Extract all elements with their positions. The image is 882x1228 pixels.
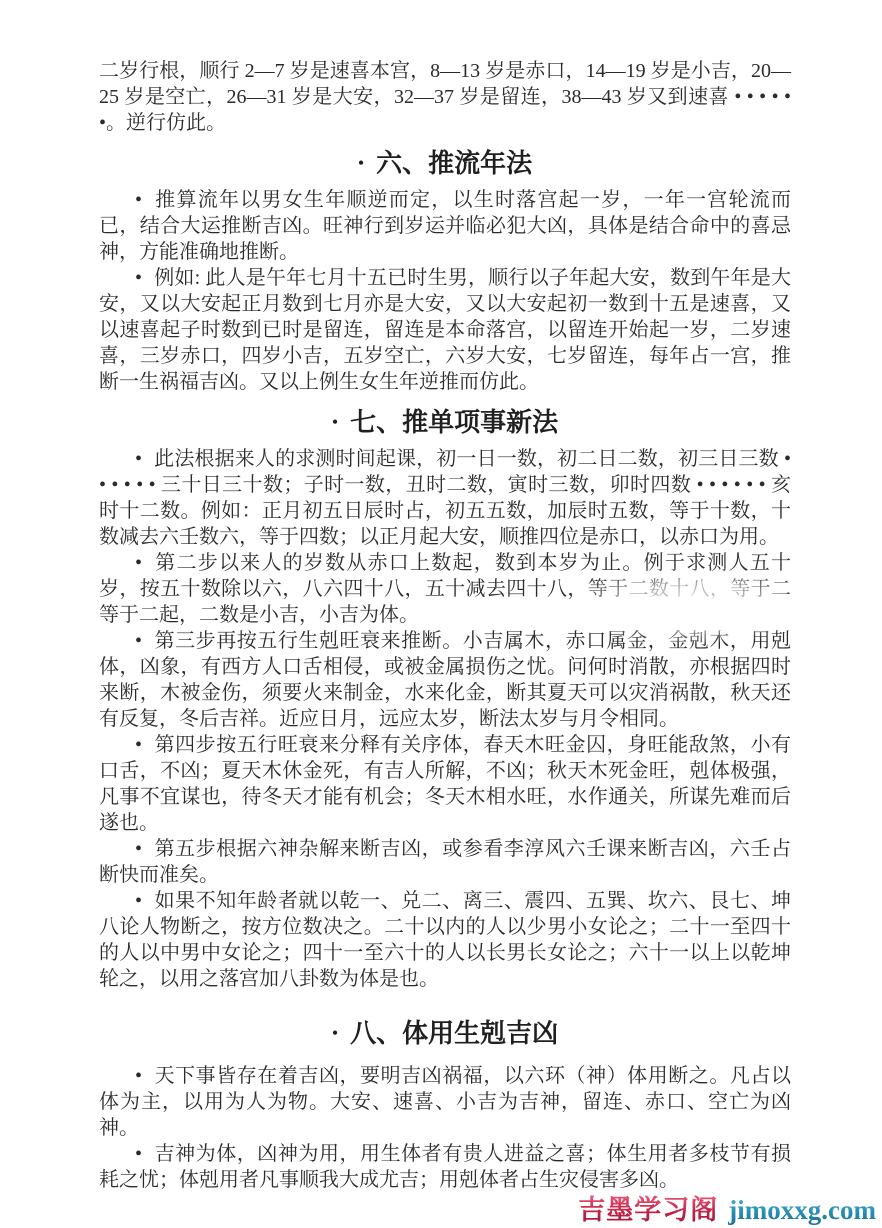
bullet-icon: • — [135, 448, 142, 470]
section-heading-label: 六、推流年法 — [376, 149, 532, 178]
paragraph-text: 第二步以来人的岁数从赤口上数起，数到本岁为止。例于求测人五十岁，按五十数除以六，… — [99, 552, 791, 626]
document-page: 二岁行根，顺行 2—7 岁是速喜本宫，8—13 岁是赤口，14—19 岁是小吉，… — [0, 0, 882, 1228]
section-heading-6: •六、推流年法 — [99, 146, 791, 181]
paragraph-text: 第四步按五行旺衰来分释有关序体，春天木旺金囚，身旺能敌煞，小有口舌，不凶；夏天木… — [99, 734, 791, 834]
bullet-icon: • — [135, 838, 142, 860]
paragraph-text: 天下事皆存在着吉凶，要明吉凶祸福，以六环（神）体用断之。凡占以体为主，以用为人为… — [99, 1065, 791, 1139]
paragraph-text: 例如: 此人是午年七月十五已时生男，顺行以子年起大安，数到午年是大安，又以大安起… — [99, 267, 791, 393]
bullet-icon: • — [332, 1023, 338, 1043]
bullet-icon: • — [358, 153, 364, 173]
bullet-icon: • — [135, 1143, 142, 1165]
paragraph-text: 吉神为体，凶神为用，用生体者有贵人进益之喜；体生用者多枝节有损耗之忧；体剋用者凡… — [99, 1143, 791, 1191]
paragraph: •吉神为体，凶神为用，用生体者有贵人进益之喜；体生用者多枝节有损耗之忧；体剋用者… — [99, 1141, 791, 1193]
paragraph: •天下事皆存在着吉凶，要明吉凶祸福，以六环（神）体用断之。凡占以体为主，以用为人… — [99, 1063, 791, 1141]
paragraph-text: 第三步再按五行生剋旺衰来推断。小吉属木，赤口属金，金剋木，用剋体，凶象，有西方人… — [99, 630, 791, 730]
bullet-icon: • — [135, 189, 142, 211]
paragraph: •第二步以来人的岁数从赤口上数起，数到本岁为止。例于求测人五十岁，按五十数除以六… — [99, 550, 791, 628]
paragraph-text: 如果不知年龄者就以乾一、兑二、离三、震四、五巽、坎六、艮七、坤八论人物断之，按方… — [99, 890, 791, 990]
paragraph: •如果不知年龄者就以乾一、兑二、离三、震四、五巽、坎六、艮七、坤八论人物断之，按… — [99, 888, 791, 992]
bullet-icon: • — [332, 412, 338, 432]
section-heading-label: 七、推单项事新法 — [350, 408, 558, 437]
section-heading-7: •七、推单项事新法 — [99, 405, 791, 440]
bullet-icon: • — [135, 890, 142, 912]
bullet-icon: • — [135, 552, 142, 574]
section-heading-label: 八、体用生剋吉凶 — [350, 1019, 558, 1048]
paragraph: •第三步再按五行生剋旺衰来推断。小吉属木，赤口属金，金剋木，用剋体，凶象，有西方… — [99, 628, 791, 732]
paragraph-text: 此法根据来人的求测时间起课，初一日一数，初二日二数，初三日三数 • • • • … — [99, 448, 791, 548]
bullet-icon: • — [135, 630, 142, 652]
paragraph: •第四步按五行旺衰来分释有关序体，春天木旺金囚，身旺能敌煞，小有口舌，不凶；夏天… — [99, 732, 791, 836]
page-body-text: 二岁行根，顺行 2—7 岁是速喜本宫，8—13 岁是赤口，14—19 岁是小吉，… — [99, 58, 791, 1193]
bullet-icon: • — [135, 1065, 142, 1087]
paragraph: •第五步根据六神杂解来断吉凶，或参看李淳风六壬课来断吉凶，六壬占断快而准矣。 — [99, 836, 791, 888]
bullet-icon: • — [135, 734, 142, 756]
paragraph: 二岁行根，顺行 2—7 岁是速喜本宫，8—13 岁是赤口，14—19 岁是小吉，… — [99, 58, 791, 136]
bullet-icon: • — [135, 267, 142, 289]
paragraph: •例如: 此人是午年七月十五已时生男，顺行以子年起大安，数到午年是大安，又以大安… — [99, 265, 791, 395]
paragraph-text: 第五步根据六神杂解来断吉凶，或参看李淳风六壬课来断吉凶，六壬占断快而准矣。 — [99, 838, 791, 886]
watermark-brand: 吉墨学习阁 — [578, 1195, 718, 1225]
paragraph: •此法根据来人的求测时间起课，初一日一数，初二日二数，初三日三数 • • • •… — [99, 446, 791, 550]
paragraph-text: 推算流年以男女生年顺逆而定，以生时落宫起一岁，一年一宫轮流而已，结合大运推断吉凶… — [99, 189, 791, 263]
watermark-site-url: jimoxxg.com — [728, 1195, 876, 1225]
section-heading-8: •八、体用生剋吉凶 — [99, 1016, 791, 1051]
paragraph: •推算流年以男女生年顺逆而定，以生时落宫起一岁，一年一宫轮流而已，结合大运推断吉… — [99, 187, 791, 265]
watermark: 吉墨学习阁jimoxxg.com — [578, 1188, 876, 1227]
